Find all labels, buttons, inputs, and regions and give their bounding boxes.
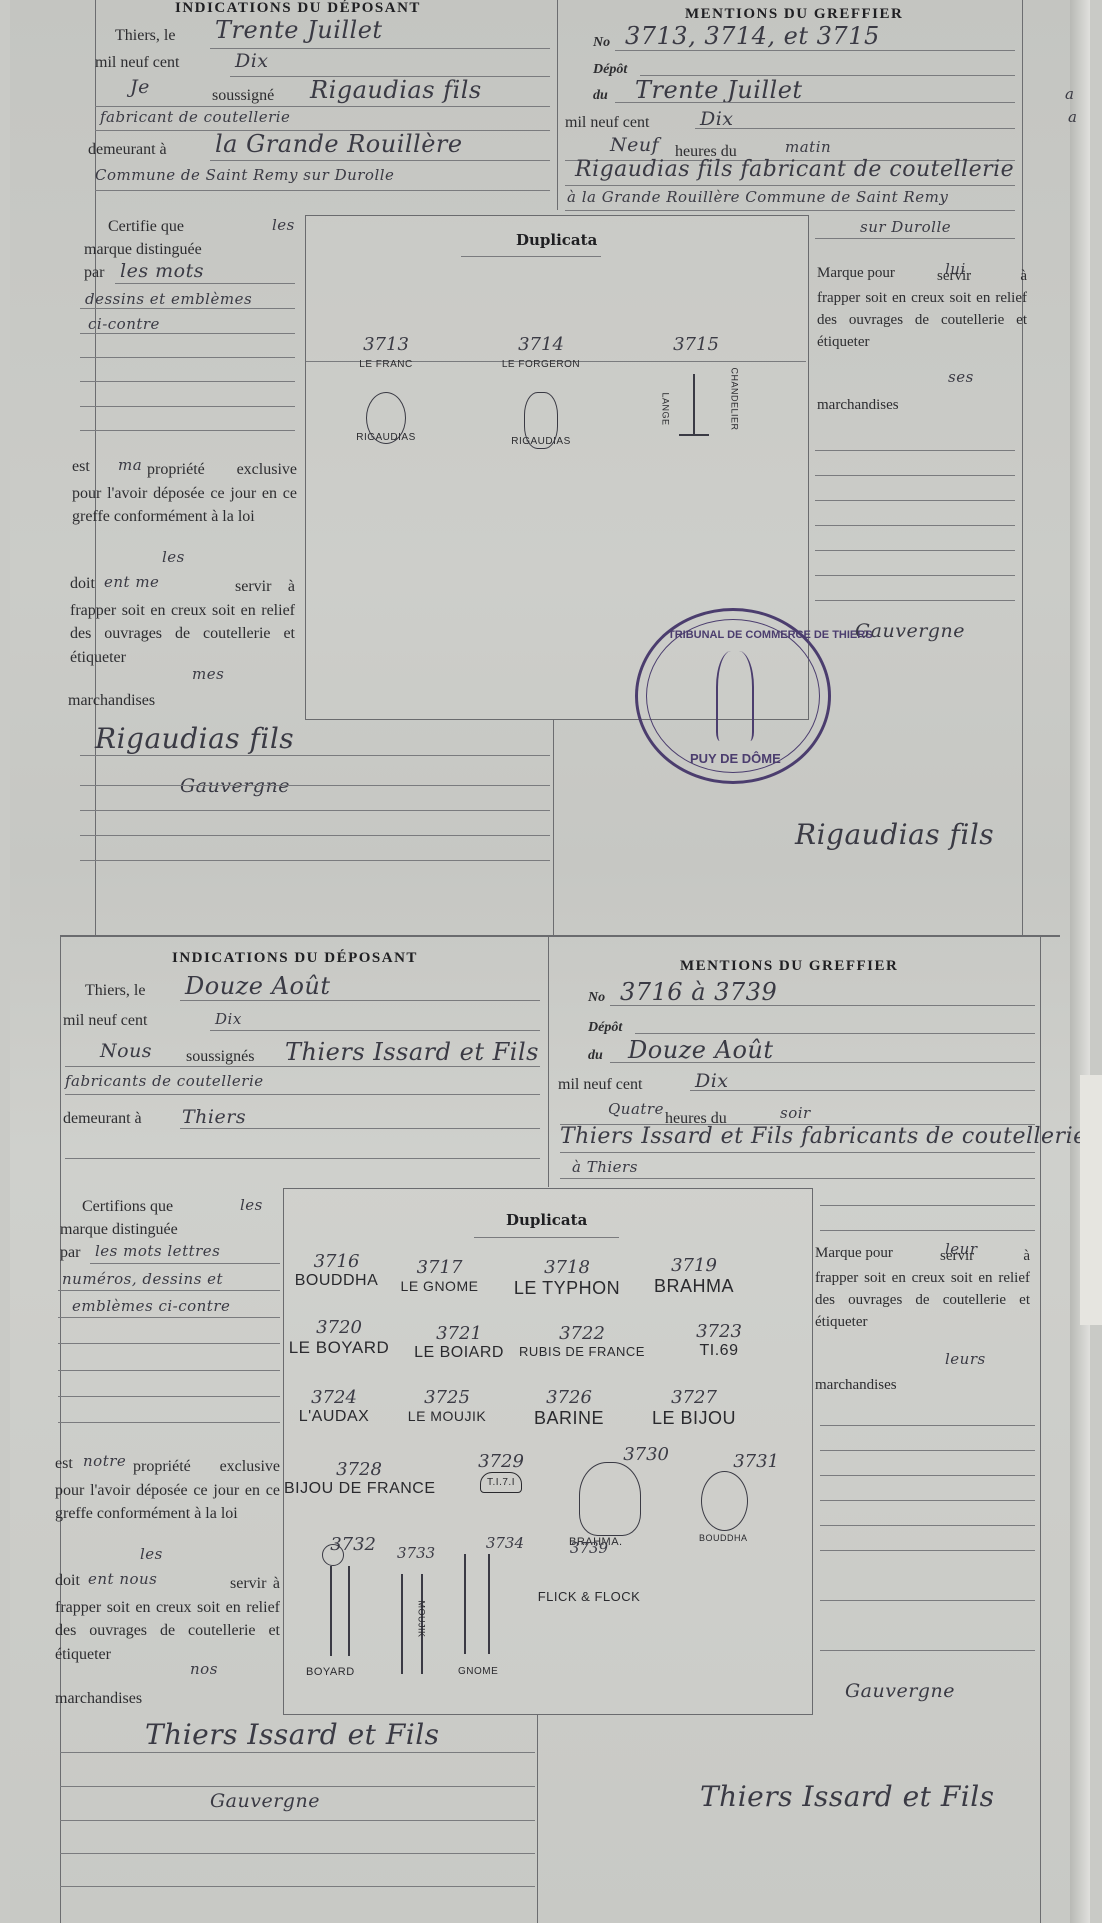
rule [820,1205,1035,1206]
par-fill-3: emblèmes ci-contre [72,1297,230,1315]
rule [690,1090,1035,1091]
depositor-signature: Rigaudias fils [95,722,294,755]
rule [610,1062,1035,1063]
marque-label: marque distinguée [60,1221,178,1239]
trademark-3725: 3725 LE MOUJIK [392,1387,502,1424]
etiqueter-fill: nos [190,1660,218,1678]
margin-note: a [1068,108,1077,126]
address-field: la Grande Rouillère [215,130,463,158]
column-divider [537,1715,538,1923]
no-label: No [588,990,605,1006]
trademark-3734: 3734 GNOME [444,1534,524,1694]
rule [815,500,1015,501]
par-fill: les mots [120,260,204,282]
rule [820,1550,1035,1551]
depot-date: Trente Juillet [635,76,803,104]
address-field: Thiers [182,1106,246,1128]
pronoun-field: Je [130,76,150,98]
rule [80,755,550,756]
par-label: par [60,1244,80,1262]
page-edge [1070,0,1090,1923]
liberty-figure-icon [716,651,754,741]
profession-field: fabricants de coutellerie [65,1072,264,1090]
rule [60,1853,535,1854]
right-margin-rule [1022,0,1023,935]
trademark-3724: 3724 L'AUDAX [284,1387,384,1426]
rule [80,860,550,861]
rule [560,1178,1035,1179]
depositor-name: Thiers Issard et Fils [285,1038,539,1066]
propriete-text: propriété exclusive pour l'avoir déposée… [72,458,297,529]
marchandises-label: marchandises [68,692,155,710]
marchandises-label: marchandises [55,1690,142,1708]
rule [80,357,295,358]
quelles-fill: les [140,1545,163,1563]
date-field: Douze Août [185,972,331,1000]
rule [695,128,1015,129]
depot-label: Dépôt [593,62,627,78]
certifie-fill: les [272,216,295,234]
forgeron-emblem-icon [524,392,558,449]
depot-year: Dix [695,1070,729,1092]
date-field: Trente Juillet [215,16,383,44]
boyard-head-icon [322,1544,344,1566]
depot-year: Dix [700,108,734,130]
rule [820,1450,1035,1451]
address-label: demeurant à [63,1110,142,1128]
duplicata-title: Duplicata [516,231,597,249]
greffier-header-2: MENTIONS DU GREFFIER [680,958,898,975]
year-label: mil neuf cent [558,1076,642,1094]
quelles-fill: les [162,548,185,566]
rule [65,1158,540,1159]
rule [80,406,295,407]
column-divider [553,720,554,935]
trademark-3719: 3719 BRAHMA [639,1255,749,1297]
rule [820,1425,1035,1426]
certifie-fill: les [240,1196,263,1214]
soussigne-label: soussigné [212,87,274,105]
year-label: mil neuf cent [565,114,649,132]
rule [58,1343,280,1344]
rule [815,475,1015,476]
depositor-signature: Thiers Issard et Fils [145,1718,440,1751]
trademark-3714: 3714 LE FORGERON RIGAUDIAS [486,334,596,447]
rule [95,106,550,107]
pronoun-field: Nous [100,1040,152,1062]
rule [80,381,295,382]
du-label: du [593,88,608,104]
rule [815,238,1015,239]
column-divider [548,937,549,1187]
rule [80,835,550,836]
year-field: Dix [235,50,269,72]
rule [210,1030,540,1031]
clerk-signature: Gauvergne [210,1790,320,1812]
greffier-etiqueter-fill: leurs [945,1350,986,1368]
rule [820,1525,1035,1526]
rule [820,1475,1035,1476]
gnome-figure-icon [464,1554,490,1654]
greffier-marchandises: marchandises [817,397,899,414]
depositant-header-2: INDICATIONS DU DÉPOSANT [172,950,418,967]
clerk-signature: Gauvergne [180,775,290,797]
depot-period: soir [780,1104,811,1122]
par-label: par [84,264,104,282]
rule [58,1317,280,1318]
brahma-figure-icon [579,1462,641,1536]
rule [80,785,550,786]
no-label: No [593,35,610,51]
seal-top-text: TRIBUNAL DE COMMERCE DE THIERS [668,629,873,641]
trademark-3729: 3729 T.I.7.I [466,1451,536,1493]
rule [815,600,1015,601]
rule [80,333,295,334]
column-divider [557,0,558,210]
rule [461,256,601,257]
rule [80,810,550,811]
trademark-3726: 3726 BARINE [519,1387,619,1429]
trademark-3731: 3731 BOUDDHA [689,1451,779,1551]
trademark-3728: 3728 BIJOU DE FRANCE [284,1459,434,1498]
rule [565,210,1015,211]
year-label: mil neuf cent [63,1012,147,1030]
certifie-label: Certifie que [108,218,184,236]
rule [210,48,550,49]
trademark-3723: 3723 TI.69 [679,1321,759,1360]
trademark-3715: 3715 LANGE CHANDELIER [641,334,751,355]
registrant-line-2: à la Grande Rouillère Commune de Saint R… [567,188,948,206]
le-franc-emblem-icon [366,392,406,444]
trademark-3721: 3721 LE BOIARD [404,1323,514,1362]
depot-hour: Neuf [610,134,659,156]
place-label: Thiers, le [115,27,175,45]
commune-field: Commune de Saint Remy sur Durolle [95,166,394,184]
registrant-line-3: sur Durolle [860,218,951,236]
boyard-figure-icon [330,1566,350,1656]
trademark-3733: 3733 MOUJIK [389,1544,449,1694]
greffier-header: MENTIONS DU GREFFIER [685,6,903,23]
tribunal-seal: TRIBUNAL DE COMMERCE DE THIERS PUY DE DÔ… [635,608,831,784]
rule [65,1066,540,1067]
rule [58,1396,280,1397]
section-divider [60,935,1060,937]
rule [180,1128,540,1129]
par-fill: les mots lettres [95,1242,220,1260]
rule [90,1263,280,1264]
candlestick-base [679,434,709,436]
rule [60,1886,535,1887]
duplicata-title: Duplicata [506,1211,587,1229]
seal-bottom-text: PUY DE DÔME [690,751,781,766]
depot-label: Dépôt [588,1020,622,1036]
par-fill-2: numéros, dessins et [62,1270,223,1288]
address-label: demeurant à [88,141,167,159]
servir-text: servir à frapper soit en creux soit en r… [70,575,295,669]
rule [815,575,1015,576]
rule [610,1005,1035,1006]
trademark-3716: 3716 BOUDDHA [289,1251,384,1290]
greffier-servir-text: servir à frapper soit en creux soit en r… [815,1245,1030,1333]
rule [565,185,1015,186]
candlestick-icon [693,374,695,434]
marque-label: marque distinguée [84,241,202,259]
rule [80,308,295,309]
rule [115,283,295,284]
rule [60,1786,535,1787]
certifie-label: Certifions que [82,1198,173,1216]
trademark-3717: 3717 LE GNOME [392,1257,487,1294]
greffier-marchandises: marchandises [815,1377,897,1394]
rule [474,1237,619,1238]
rule [615,50,1015,51]
trademark-3730: 3730 BRAHMA. [559,1444,669,1554]
rule [65,1094,540,1095]
rule [815,525,1015,526]
rule [615,102,1015,103]
etiqueter-fill: mes [192,665,224,683]
right-margin-rule [1040,937,1041,1923]
year-label: mil neuf cent [95,54,179,72]
rule [80,430,295,431]
greffier-clerk-signature: Gauvergne [845,1680,955,1702]
du-label: du [588,1048,603,1064]
rule [58,1290,280,1291]
trademark-3732: 3732 BOYARD [294,1534,384,1694]
soussigne-label: soussignés [186,1048,254,1066]
trademark-3727: 3727 LE BIJOU [639,1387,749,1429]
rule [180,1000,540,1001]
servir-text: servir à frapper soit en creux soit en r… [55,1572,280,1666]
year-field: Dix [215,1010,242,1028]
depot-period: matin [785,138,831,156]
trademark-3713: 3713 LE FRANC RIGAUDIAS [331,334,441,443]
rule [60,1752,535,1753]
deposit-numbers: 3716 à 3739 [620,978,777,1006]
rule [815,550,1015,551]
attached-slip [1080,1075,1102,1325]
registrant-line-1: Rigaudias fils fabricant de coutellerie [575,157,1014,182]
trademark-3722: 3722 RUBIS DE FRANCE [512,1323,652,1359]
depositant-header: INDICATIONS DU DÉPOSANT [175,0,421,17]
duplicata-box-2: Duplicata 3716 BOUDDHA 3717 LE GNOME 371… [283,1188,813,1715]
trademark-3718: 3718 LE TYPHON [512,1257,622,1299]
rule [95,190,550,191]
bouddha-figure-icon [701,1471,748,1531]
depot-hour: Quatre [608,1100,664,1118]
greffier-depositor-signature: Thiers Issard et Fils [700,1780,995,1813]
greffier-servir-text: servir à frapper soit en creux soit en r… [817,265,1027,353]
registrant-line-2: à Thiers [572,1158,638,1176]
rule [820,1500,1035,1501]
rule [560,1152,1035,1153]
registrant-line-1: Thiers Issard et Fils fabricants de cout… [560,1124,1087,1149]
trademark-3739: 3739 FLICK & FLOCK [529,1539,649,1604]
deposit-numbers: 3713, 3714, et 3715 [625,22,880,50]
rule [58,1370,280,1371]
place-label: Thiers, le [85,982,145,1000]
rule [820,1600,1035,1601]
par-fill-3: ci-contre [88,315,160,333]
rule [815,450,1015,451]
depot-date: Douze Août [628,1036,774,1064]
margin-note: a [1065,85,1074,103]
greffier-etiqueter-fill: ses [948,368,974,386]
rule [58,1422,280,1423]
rule [635,1033,1035,1034]
rule [820,1650,1035,1651]
profession-field: fabricant de coutellerie [100,108,290,126]
propriete-text: propriété exclusive pour l'avoir déposée… [55,1455,280,1526]
trademark-3720: 3720 LE BOYARD [284,1317,394,1358]
greffier-depositor-signature: Rigaudias fils [795,818,994,851]
rule [60,1820,535,1821]
par-fill-2: dessins et emblèmes [85,290,252,308]
left-margin-rule [60,937,61,1923]
rule [210,160,550,161]
depositor-name: Rigaudias fils [310,76,482,104]
rule [820,1230,1035,1231]
